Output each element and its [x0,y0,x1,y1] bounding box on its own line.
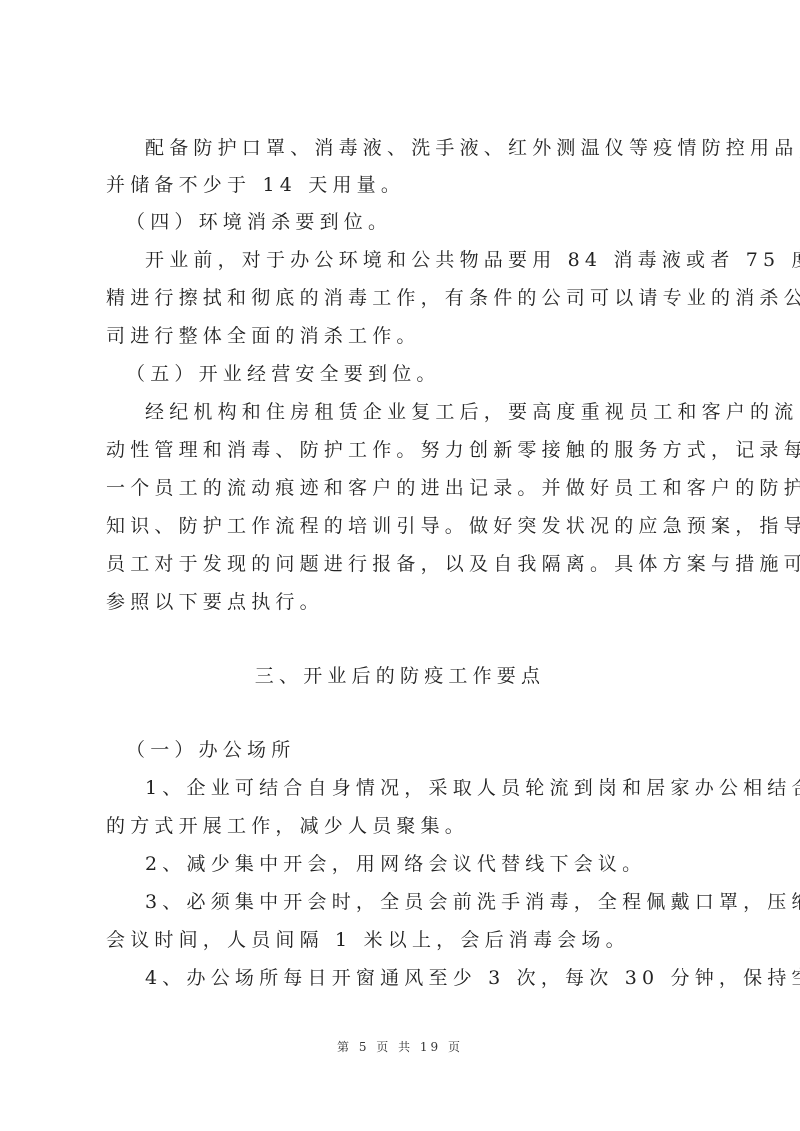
paragraph-line: 动性管理和消毒、防护工作。努力创新零接触的服务方式，记录每 [106,431,696,469]
paragraph-line: 参照以下要点执行。 [106,583,696,621]
paragraph-line: 开业前，对于办公环境和公共物品要用 84 消毒液或者 75 度酒 [145,241,735,279]
paragraph-line: 知识、防护工作流程的培训引导。做好突发状况的应急预案，指导 [106,507,696,545]
list-item-4: 4、办公场所每日开窗通风至少 3 次，每次 30 分钟，保持空气 [145,959,735,997]
document-page: 配备防护口罩、消毒液、洗手液、红外测温仪等疫情防控用品， 并储备不少于 14 天… [0,0,800,1131]
list-item-1-continued: 的方式开展工作，减少人员聚集。 [106,807,696,845]
paragraph-line: 配备防护口罩、消毒液、洗手液、红外测温仪等疫情防控用品， [145,129,735,167]
list-item-1: 1、企业可结合自身情况，采取人员轮流到岗和居家办公相结合 [145,769,735,807]
section-heading-5: （五）开业经营安全要到位。 [126,355,716,393]
paragraph-line: 并储备不少于 14 天用量。 [106,166,696,204]
paragraph-line: 一个员工的流动痕迹和客户的进出记录。并做好员工和客户的防护 [106,469,696,507]
list-item-2: 2、减少集中开会，用网络会议代替线下会议。 [145,845,735,883]
page-number-footer: 第 5 页 共 19 页 [0,1038,800,1055]
list-item-3: 3、必须集中开会时，全员会前洗手消毒，全程佩戴口罩，压缩 [145,883,735,921]
paragraph-line: 精进行擦拭和彻底的消毒工作，有条件的公司可以请专业的消杀公 [106,279,696,317]
subsection-heading-1: （一）办公场所 [126,731,716,769]
paragraph-line: 经纪机构和住房租赁企业复工后，要高度重视员工和客户的流 [145,393,735,431]
list-item-3-continued: 会议时间，人员间隔 1 米以上，会后消毒会场。 [106,921,696,959]
chapter-heading: 三、开业后的防疫工作要点 [0,657,800,695]
paragraph-line: 员工对于发现的问题进行报备，以及自我隔离。具体方案与措施可 [106,545,696,583]
paragraph-line: 司进行整体全面的消杀工作。 [106,317,696,355]
section-heading-4: （四）环境消杀要到位。 [126,203,716,241]
